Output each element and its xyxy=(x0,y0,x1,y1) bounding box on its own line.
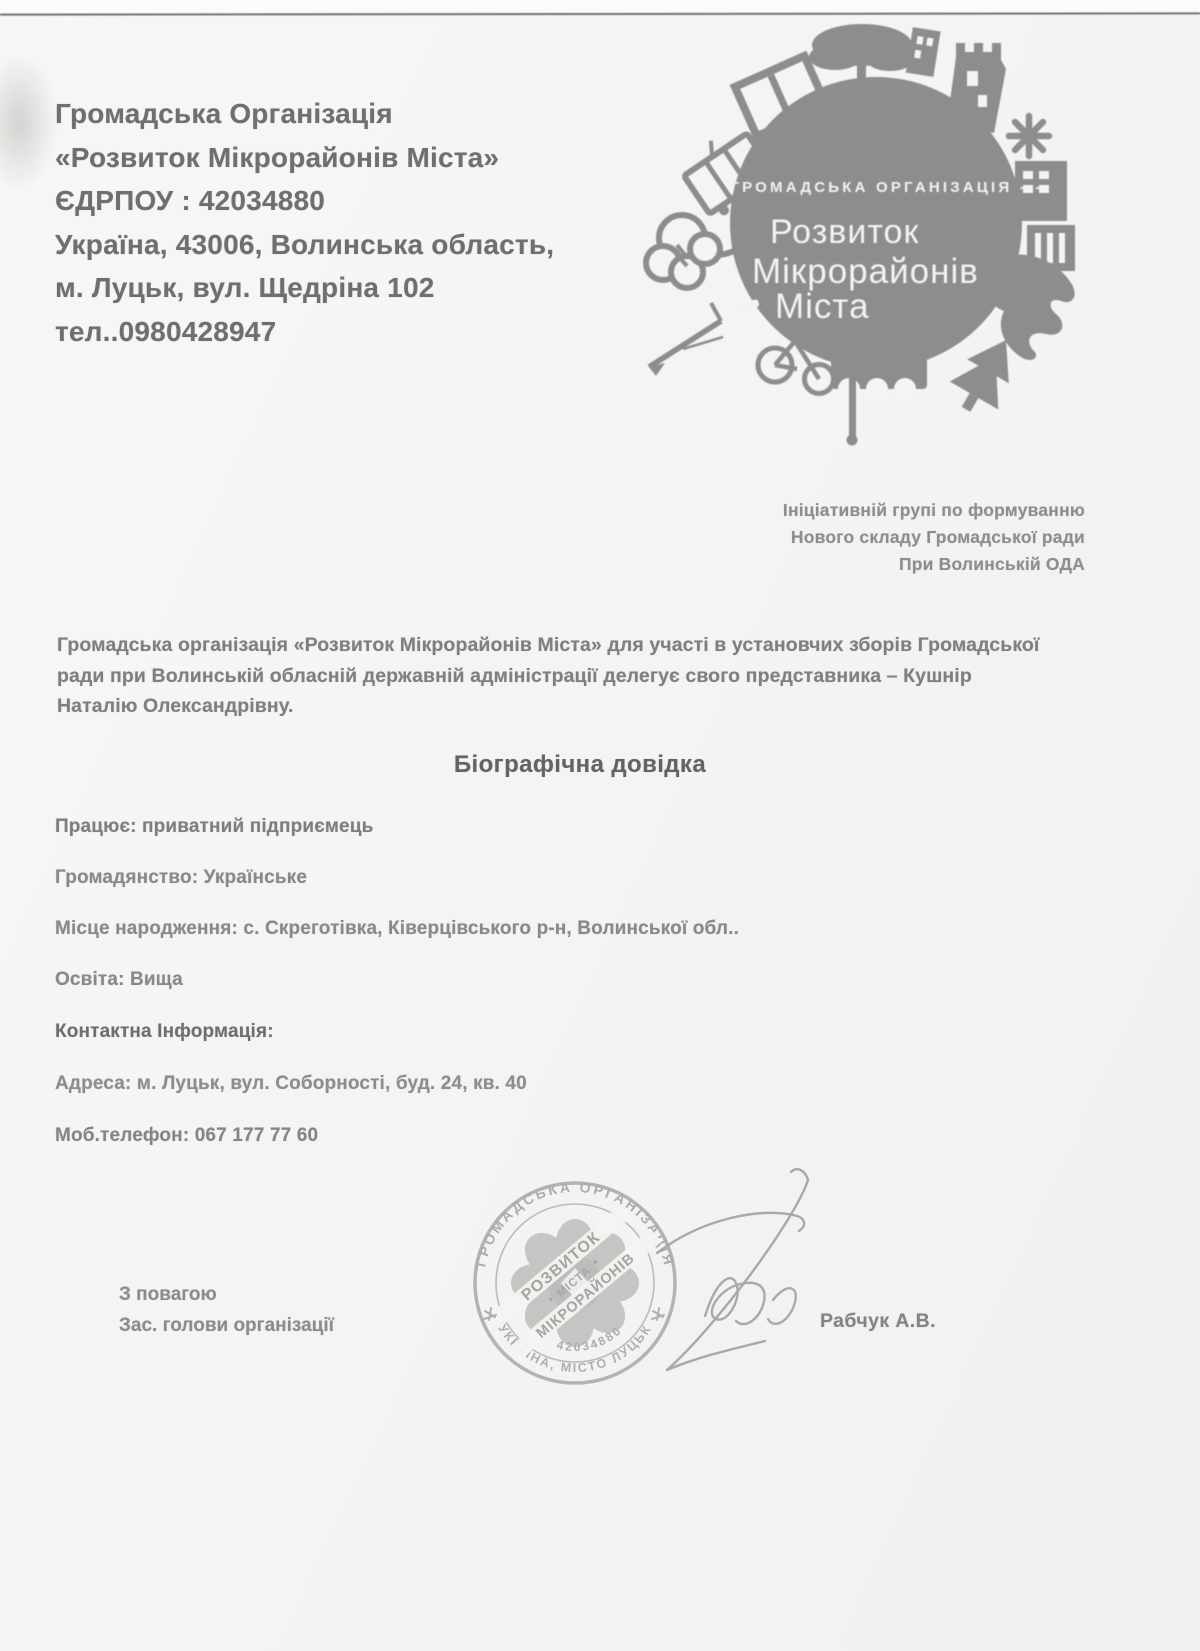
scan-smudge xyxy=(0,52,58,192)
letterhead-region: Україна, 43006, Волинська область, xyxy=(55,223,554,267)
letterhead-phone: тел..0980428947 xyxy=(55,310,554,354)
delegation-paragraph: Громадська організація «Розвиток Мікрора… xyxy=(57,630,1049,722)
signoff-title: Зас. голови організації xyxy=(119,1310,334,1341)
signature-strokes xyxy=(657,1169,808,1370)
logo-tagline: ГРОМАДСЬКА ОРГАНІЗАЦІЯ - - xyxy=(730,179,1043,196)
logo-buildings-right-icon xyxy=(1015,161,1075,271)
signer-name: Рабчук А.В. xyxy=(820,1310,936,1333)
letterhead-org-type: Громадська Організація xyxy=(55,92,554,136)
logo-name-line1: Розвиток xyxy=(770,213,919,251)
signoff-closing: З повагою xyxy=(119,1279,334,1310)
logo-bridge-icon xyxy=(831,357,927,446)
logo-snowflake-icon xyxy=(1009,116,1049,156)
org-logo: ГРОМАДСЬКА ОРГАНІЗАЦІЯ - - Розвиток Мікр… xyxy=(625,5,1085,448)
section-title: Біографічна довідка xyxy=(0,751,1160,779)
bio-line-birthplace: Місце народження: с. Скреготівка, Ківерц… xyxy=(55,918,739,940)
scanned-letter-page: Громадська Організація «Розвиток Мікрора… xyxy=(0,0,1200,1651)
addressee-line-3: При Волинській ОДА xyxy=(783,551,1085,578)
bio-line-phone: Моб.телефон: 067 177 77 60 xyxy=(55,1125,318,1147)
letterhead-street: м. Луцьк, вул. Щедріна 102 xyxy=(55,266,554,310)
bio-line-contact-header: Контактна Інформація: xyxy=(55,1021,274,1043)
handwritten-signature xyxy=(645,1158,820,1383)
bio-line-works: Працює: приватний підприємець xyxy=(55,816,373,838)
bio-line-education: Освіта: Вища xyxy=(55,969,183,991)
bio-line-address: Адреса: м. Луцьк, вул. Соборності, буд. … xyxy=(55,1073,527,1095)
addressee-block: Ініціативній групі по формуванню Нового … xyxy=(783,497,1085,578)
signoff-block: З повагою Зас. голови організації xyxy=(119,1279,334,1341)
letterhead-org-name: «Розвиток Мікрорайонів Міста» xyxy=(55,136,554,180)
bio-line-citizenship: Громадянство: Українське xyxy=(55,867,307,889)
logo-name-line3: Міста xyxy=(775,287,870,326)
logo-building-small-icon xyxy=(906,27,941,77)
letterhead-edrpou: ЄДРПОУ : 42034880 xyxy=(55,179,554,223)
addressee-line-2: Нового складу Громадської ради xyxy=(783,524,1085,551)
addressee-line-1: Ініціативній групі по формуванню xyxy=(783,497,1085,524)
org-letterhead: Громадська Організація «Розвиток Мікрора… xyxy=(55,92,554,353)
logo-crane-icon xyxy=(649,303,723,376)
logo-dash-mark xyxy=(738,299,759,311)
logo-name-line2: Мікрорайонів xyxy=(752,252,979,291)
